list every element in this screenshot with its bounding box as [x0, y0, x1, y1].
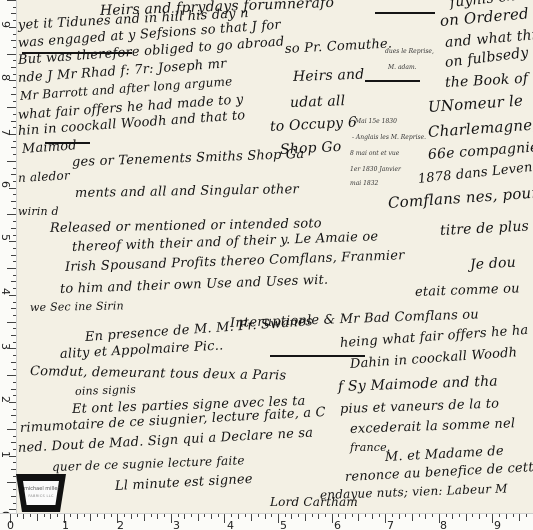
ruler-number: 2	[0, 396, 12, 403]
ruler-tick	[13, 328, 16, 329]
ruler-number: 4	[227, 519, 234, 530]
ruler-tick	[372, 514, 373, 519]
ruler-tick	[13, 315, 16, 316]
script-line: oins signis	[75, 383, 136, 398]
ruler-tick	[13, 342, 16, 343]
script-line: so Pr. Comuthe.	[285, 36, 393, 57]
ruler-tick	[7, 322, 16, 323]
ruler-tick	[13, 382, 16, 383]
script-line: udat all	[290, 93, 346, 111]
small-annotation: M. adam.	[388, 64, 417, 71]
ruler-tick	[204, 514, 205, 517]
ruler-tick	[11, 362, 16, 363]
ruler-tick	[77, 514, 78, 519]
ruler-tick	[11, 469, 16, 470]
ruler-tick	[13, 114, 16, 115]
ruler-tick	[13, 288, 16, 289]
ruler-number: 7	[387, 519, 394, 530]
ruler-tick	[11, 228, 16, 229]
ruler-tick	[13, 141, 16, 142]
ruler-tick	[184, 514, 185, 519]
ruler-tick	[13, 449, 16, 450]
ruler-tick	[13, 261, 16, 262]
ruler-tick	[271, 514, 272, 517]
ruler-tick	[345, 514, 346, 519]
ruler-tick	[11, 174, 16, 175]
ruler-tick	[164, 514, 165, 517]
ruler-tick	[13, 462, 16, 463]
ruler-tick	[11, 201, 16, 202]
ruler-tick	[13, 275, 16, 276]
script-line: Je dou	[470, 254, 517, 272]
ruler-tick	[11, 255, 16, 256]
ruler-tick	[305, 514, 306, 521]
script-line: Maimod	[21, 138, 77, 157]
ruler-number: 4	[0, 288, 12, 295]
ruler-tick	[11, 147, 16, 148]
script-line: Comflans nes, pour	[387, 183, 533, 211]
ruler-tick	[332, 514, 333, 523]
ruler-tick	[11, 40, 16, 41]
ruler-number: 3	[0, 343, 12, 350]
ruler-tick	[379, 514, 380, 517]
underline-stroke	[375, 12, 435, 14]
ruler-tick	[13, 302, 16, 303]
script-line: ges or Tenements Smiths Shop Ga	[72, 146, 305, 169]
ruler-tick	[211, 514, 212, 519]
small-annotation: 1er 1830 Janvier	[350, 166, 401, 173]
ruler-tick	[11, 281, 16, 282]
ruler-tick	[13, 154, 16, 155]
ruler-tick	[258, 514, 259, 517]
ruler-number: 8	[440, 519, 447, 530]
logo-subtitle-text: FABRICS LLC	[24, 494, 58, 498]
ruler-tick	[13, 194, 16, 195]
ruler-number: 3	[173, 519, 180, 530]
ruler-tick	[7, 429, 16, 430]
ruler-tick	[151, 514, 152, 517]
ruler-tick	[425, 514, 426, 519]
ruler-number: 2	[117, 519, 124, 530]
script-line: 66e compagnie,	[427, 139, 533, 163]
ruler-tick	[338, 514, 339, 517]
ruler-tick	[7, 482, 16, 483]
ruler-tick	[13, 47, 16, 48]
script-line: Comdut, demeurant tous deux a Paris	[30, 364, 287, 383]
ruler-number: 9	[494, 519, 501, 530]
ruler-number: 6	[334, 519, 341, 530]
script-line: etait comme ou	[415, 281, 520, 300]
ruler-tick	[11, 308, 16, 309]
ruler-tick	[13, 168, 16, 169]
script-line: n aledor	[18, 169, 71, 186]
ruler-tick	[11, 13, 16, 14]
ruler-tick	[312, 514, 313, 517]
script-line: to Occupy 6	[270, 114, 358, 135]
ruler-tick	[499, 514, 500, 517]
ruler-tick	[291, 514, 292, 519]
ruler-tick	[318, 514, 319, 519]
underline-stroke	[270, 355, 365, 357]
ruler-tick	[7, 54, 16, 55]
ruler-tick	[13, 221, 16, 222]
ruler-tick	[13, 60, 16, 61]
ruler-tick	[13, 235, 16, 236]
script-line: wirin d	[18, 205, 59, 218]
underline-stroke	[365, 80, 420, 82]
ruler-tick	[238, 514, 239, 519]
ruler-tick	[111, 514, 112, 517]
ruler-tick	[486, 514, 487, 517]
ruler-tick	[13, 7, 16, 8]
ruler-tick	[13, 395, 16, 396]
ruler-tick	[298, 514, 299, 517]
ruler-tick	[231, 514, 232, 517]
ruler-tick	[13, 127, 16, 128]
ruler-tick	[11, 121, 16, 122]
script-line: we Sec ine Sirin	[30, 300, 124, 315]
ruler-tick	[13, 369, 16, 370]
ruler-tick	[157, 514, 158, 519]
underline-stroke	[45, 142, 90, 144]
ruler-tick	[104, 514, 105, 519]
fabric-swatch: Heirs and fprydays forumnerafoyet it Tid…	[0, 0, 533, 530]
ruler-tick	[57, 514, 58, 517]
ruler-tick	[9, 241, 16, 242]
ruler-tick	[13, 181, 16, 182]
left-measuring-ruler: 9876543210	[0, 0, 17, 513]
ruler-tick	[13, 34, 16, 35]
ruler-tick	[11, 389, 16, 390]
ruler-number: 1	[62, 519, 69, 530]
ruler-tick	[144, 514, 145, 521]
ruler-tick	[466, 514, 467, 521]
ruler-tick	[7, 161, 16, 162]
script-line: Ll minute est signee	[115, 471, 253, 493]
ruler-tick	[44, 514, 45, 517]
ruler-tick	[84, 514, 85, 517]
ruler-tick	[325, 514, 326, 517]
ruler-tick	[432, 514, 433, 517]
ruler-tick	[419, 514, 420, 517]
ruler-number: 5	[280, 519, 287, 530]
ruler-tick	[278, 514, 279, 523]
ruler-tick	[11, 335, 16, 336]
script-line: to him and their own Use and Uses wit.	[60, 272, 329, 296]
ruler-tick	[13, 436, 16, 437]
ruler-tick	[285, 514, 286, 517]
ruler-tick	[224, 514, 225, 523]
script-line: Shop Go	[280, 139, 342, 158]
script-line: pius et vaneurs de la to	[340, 396, 500, 417]
small-annotation: dues le Reprise,	[385, 48, 434, 55]
ruler-tick	[7, 107, 16, 108]
ruler-tick	[90, 514, 91, 521]
ruler-tick	[13, 74, 16, 75]
ruler-tick	[11, 94, 16, 95]
ruler-tick	[124, 514, 125, 517]
ruler-tick	[11, 415, 16, 416]
script-line: quer de ce sugnie lecture faite	[52, 454, 245, 475]
script-line: ments and all and Singular other	[75, 182, 299, 201]
script-line: Charlemagne,	[427, 115, 533, 141]
script-line: the Book of	[445, 70, 529, 90]
ruler-tick	[178, 514, 179, 517]
ruler-tick	[479, 514, 480, 519]
ruler-tick	[11, 442, 16, 443]
ruler-tick	[365, 514, 366, 517]
ruler-tick	[519, 514, 520, 521]
ruler-tick	[13, 355, 16, 356]
ruler-tick	[399, 514, 400, 519]
ruler-tick	[392, 514, 393, 517]
ruler-tick	[13, 20, 16, 21]
michael-miller-logo: michael miller FABRICS LLC	[16, 474, 66, 512]
script-line: excederait la somme nel	[350, 416, 516, 437]
ruler-number: 0	[7, 519, 14, 530]
ruler-tick	[513, 514, 514, 517]
script-line: M. et Madame de	[385, 443, 505, 464]
script-line: UNomeur le	[427, 91, 523, 116]
ruler-tick	[198, 514, 199, 521]
ruler-tick	[191, 514, 192, 517]
ruler-tick	[131, 514, 132, 519]
ruler-tick	[13, 248, 16, 249]
ruler-tick	[7, 0, 16, 1]
ruler-tick	[13, 87, 16, 88]
ruler-tick	[526, 514, 527, 517]
small-annotation: - Anglais les M. Reprise.	[352, 134, 426, 141]
ruler-tick	[11, 67, 16, 68]
ruler-tick	[405, 514, 406, 517]
small-annotation: Mai 15e 1830	[355, 118, 397, 125]
ruler-tick	[37, 514, 38, 521]
ruler-tick	[171, 514, 172, 523]
ruler-tick	[506, 514, 507, 519]
ruler-tick	[452, 514, 453, 519]
logo-brand-text: michael miller	[24, 486, 58, 492]
ruler-tick	[218, 514, 219, 517]
ruler-tick	[50, 514, 51, 519]
ruler-tick	[17, 514, 18, 517]
ruler-tick	[245, 514, 246, 517]
ruler-tick	[7, 375, 16, 376]
script-line: Dahin in coockall Woodh	[349, 345, 517, 372]
ruler-number: 1	[0, 451, 12, 458]
script-line: endayue nuts; vien: Labeur M	[320, 482, 508, 503]
script-line: ality et Appolmaire Pic..	[60, 338, 224, 362]
ruler-number: 9	[0, 21, 12, 28]
small-annotation: mai 1832	[350, 180, 378, 187]
ruler-tick	[251, 514, 252, 521]
ruler-tick	[30, 514, 31, 517]
ruler-tick	[7, 268, 16, 269]
ruler-number: 6	[0, 181, 12, 188]
ruler-tick	[352, 514, 353, 517]
ruler-tick	[97, 514, 98, 517]
ruler-tick	[459, 514, 460, 517]
ruler-tick	[7, 214, 16, 215]
ruler-tick	[13, 409, 16, 410]
ruler-tick	[70, 514, 71, 517]
ruler-tick	[472, 514, 473, 517]
ruler-tick	[13, 101, 16, 102]
ruler-number: 8	[0, 74, 12, 81]
ruler-number: 5	[0, 234, 12, 241]
small-annotation: 8 mai ont et vue	[350, 150, 399, 157]
ruler-number: 7	[0, 129, 12, 136]
logo-inner-panel	[23, 481, 59, 505]
script-line: titre de plus	[440, 218, 530, 239]
ruler-tick	[13, 208, 16, 209]
ruler-tick	[137, 514, 138, 517]
ruler-tick	[446, 514, 447, 517]
bottom-measuring-ruler: 0123456789	[0, 513, 533, 530]
ruler-tick	[358, 514, 359, 521]
ruler-tick	[13, 422, 16, 423]
ruler-tick	[265, 514, 266, 519]
underline-stroke	[22, 52, 132, 54]
script-line: f Sy Maimode and tha	[338, 373, 498, 395]
script-line: Heirs and	[293, 66, 365, 84]
ruler-tick	[23, 514, 24, 519]
ruler-tick	[412, 514, 413, 521]
